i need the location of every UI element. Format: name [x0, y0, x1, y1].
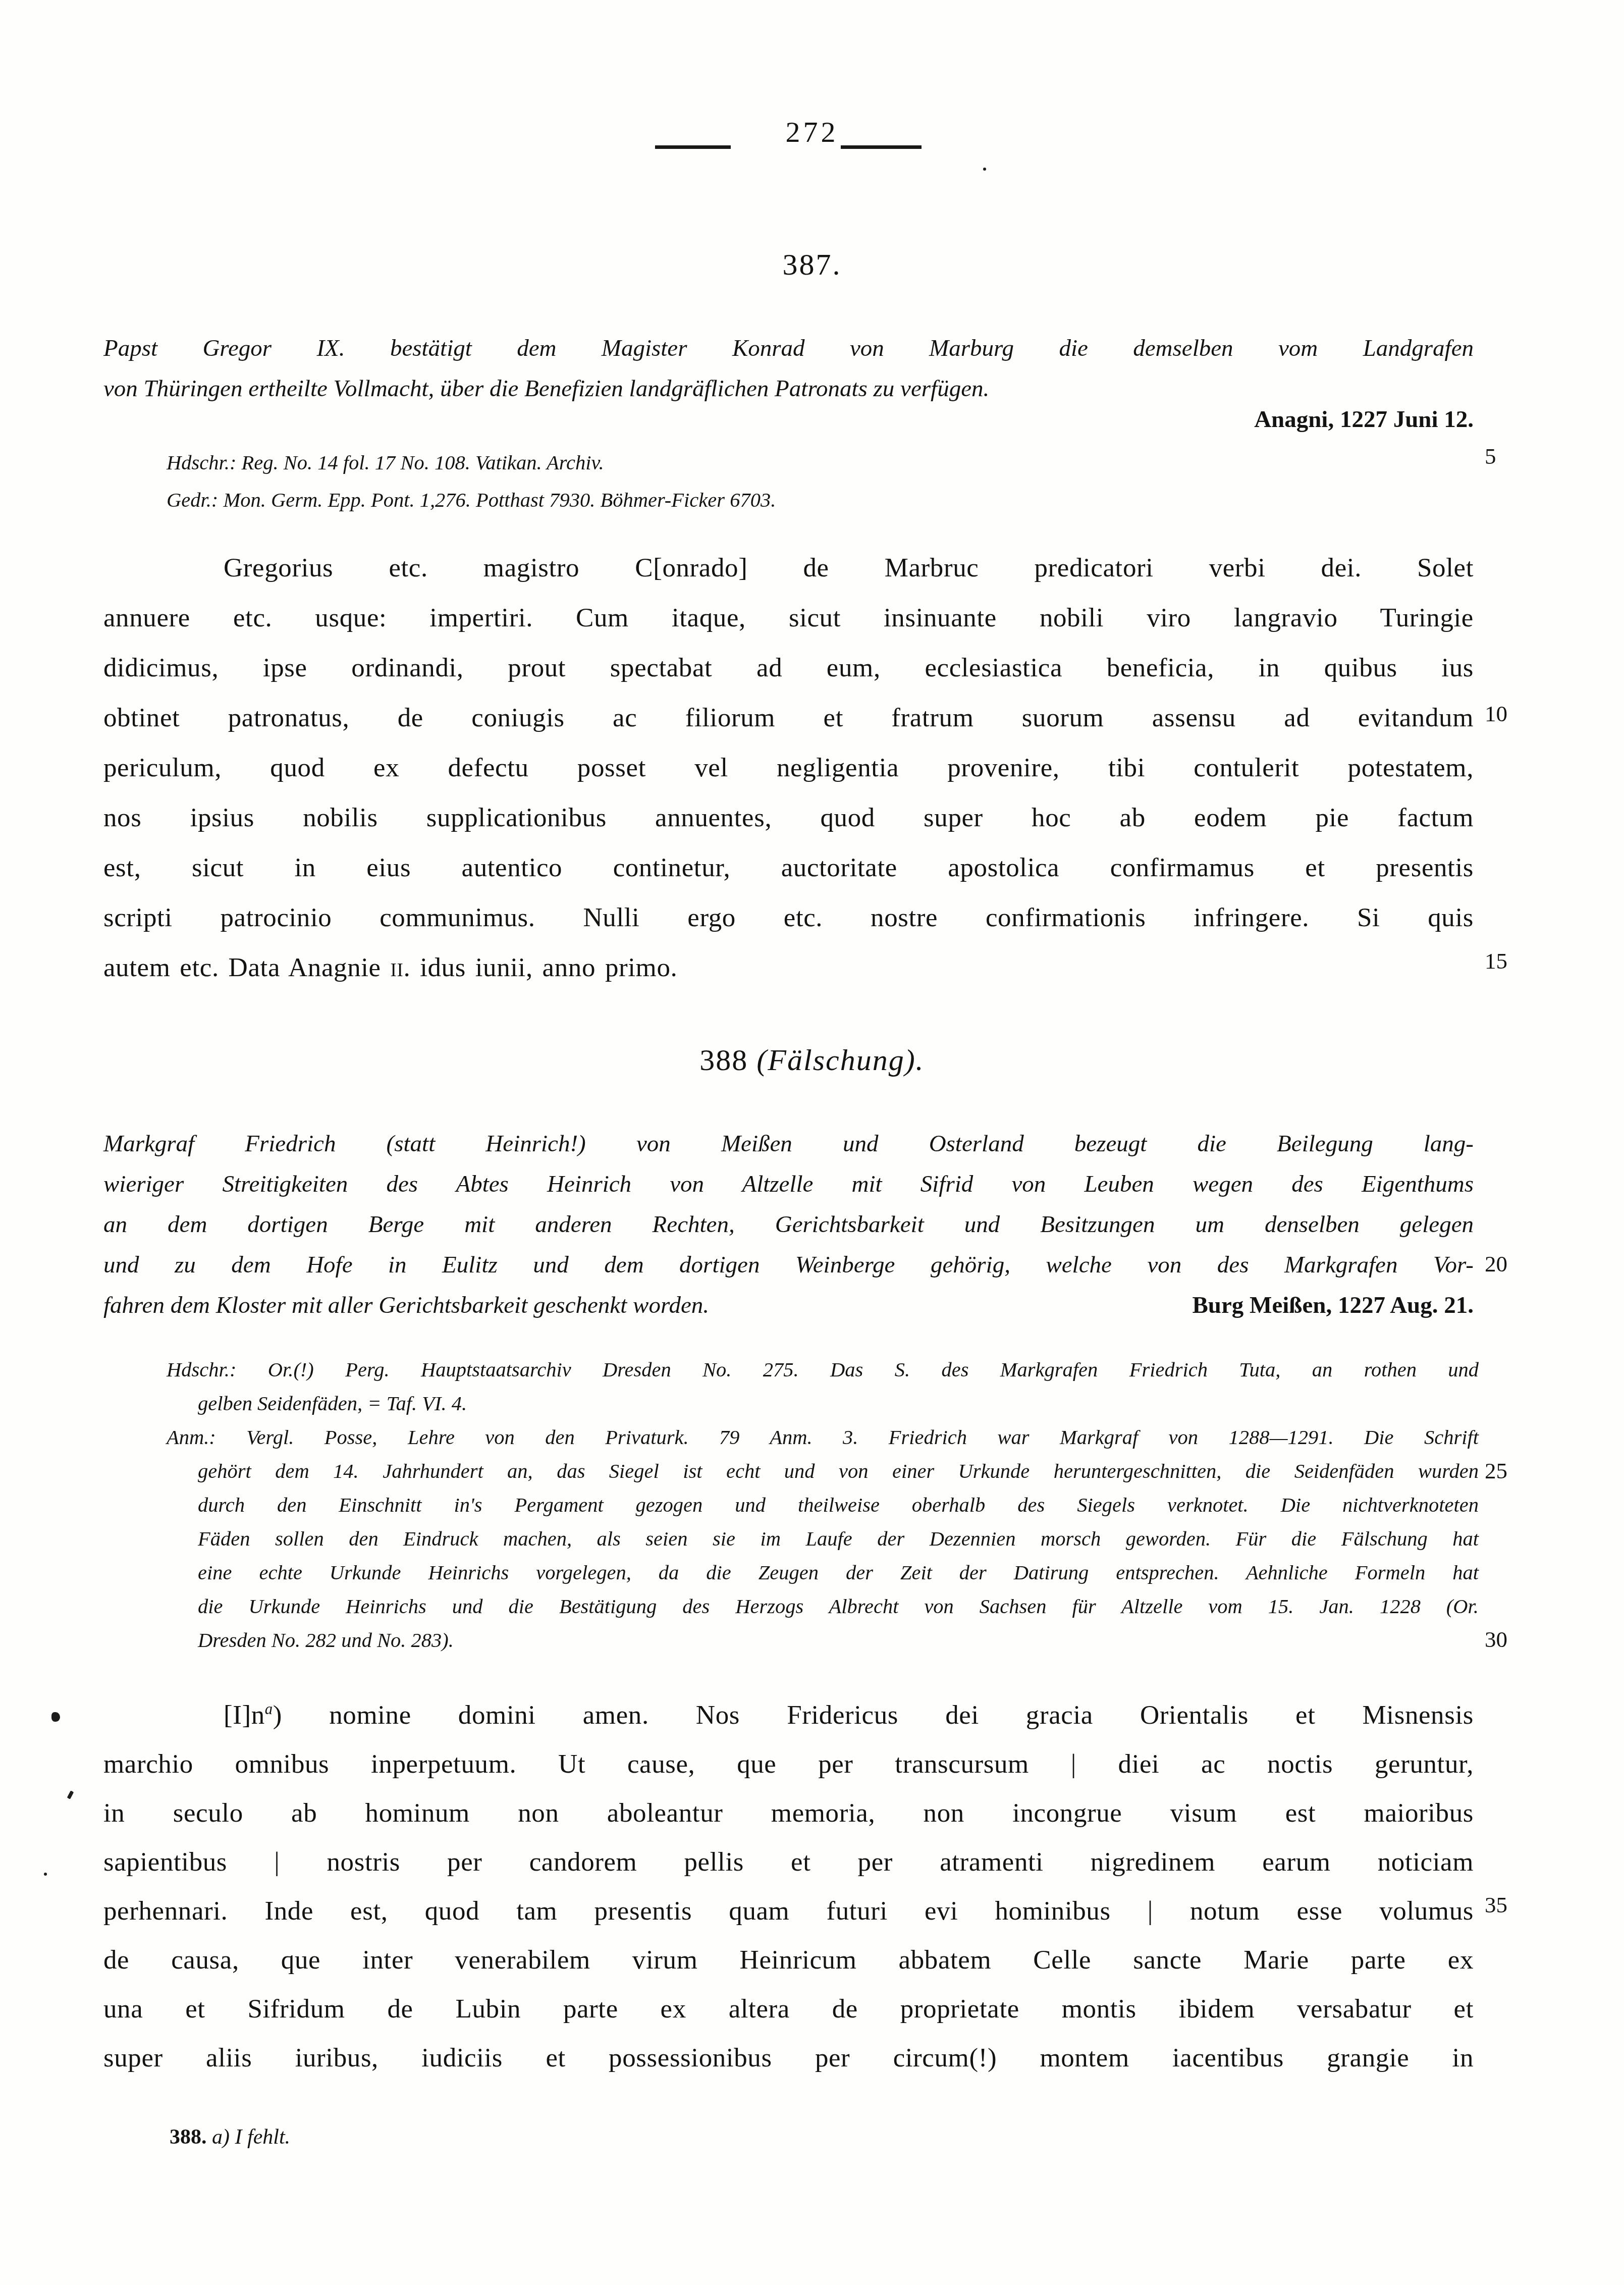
doc-387-body-line: annuere etc. usque: impertiri. Cum itaqu…	[103, 593, 1474, 643]
doc-388-headnote-line: fahren dem Kloster mit aller Gerichtsbar…	[103, 1285, 709, 1325]
doc-388-body-line: de causa, que inter venerabilem virum He…	[103, 1936, 1474, 1985]
doc-388-body-line: in seculo ab hominum non aboleantur memo…	[103, 1789, 1474, 1838]
doc-388-headnote-line: an dem dortigen Berge mit anderen Rechte…	[103, 1204, 1474, 1245]
scan-artifact	[44, 1873, 47, 1876]
doc-387-datum-post: . idus iunii, anno primo.	[403, 953, 677, 982]
doc-388-source-hdschr: Hdschr.: Or.(!) Perg. Hauptstaatsarchiv …	[167, 1353, 1479, 1387]
footnote: 388. a) I fehlt.	[170, 2125, 290, 2149]
doc-388-headnote: Markgraf Friedrich (statt Heinrich!) von…	[103, 1124, 1474, 1325]
footnote-marker-a: a	[265, 1701, 273, 1718]
doc-388-heading: 388 (Fälschung).	[0, 1043, 1624, 1078]
doc-388-anm-line: Dresden No. 282 und No. 283).	[167, 1623, 1479, 1657]
doc-388-heading-label: (Fälschung).	[756, 1043, 924, 1077]
doc-387-sources: Hdschr.: Reg. No. 14 fol. 17 No. 108. Va…	[167, 444, 1479, 519]
doc-388-invocatio-post: ) nomine domini amen. Nos Fridericus dei…	[273, 1701, 1474, 1730]
margin-line-number-15: 15	[1485, 948, 1540, 974]
doc-388-body: [I]na) nomine domini amen. Nos Fridericu…	[103, 1691, 1474, 2083]
doc-388-headnote-line: wieriger Streitigkeiten des Abtes Heinri…	[103, 1164, 1474, 1204]
doc-387-source-gedr: Gedr.: Mon. Germ. Epp. Pont. 1,276. Pott…	[167, 482, 1479, 519]
doc-388-anm-line: Anm.: Vergl. Posse, Lehre von den Privat…	[167, 1420, 1479, 1454]
doc-388-anm-line: eine echte Urkunde Heinrichs vorgelegen,…	[167, 1556, 1479, 1589]
margin-line-number-20: 20	[1485, 1251, 1540, 1277]
doc-387-datum-pre: autem etc. Data Anagnie	[103, 953, 391, 982]
doc-388-body-line: marchio omnibus inperpetuum. Ut cause, q…	[103, 1740, 1474, 1789]
doc-388-body-line: sapientibus | nostris per candorem pelli…	[103, 1838, 1474, 1887]
doc-387-body-line: est, sicut in eius autentico continetur,…	[103, 843, 1474, 893]
doc-388-body-line: una et Sifridum de Lubin parte ex altera…	[103, 1985, 1474, 2034]
doc-387-body-line: obtinet patronatus, de coniugis ac filio…	[103, 693, 1474, 743]
scan-artifact	[983, 168, 986, 171]
footnote-text: a) I fehlt.	[212, 2125, 290, 2149]
doc-387-source-hdschr: Hdschr.: Reg. No. 14 fol. 17 No. 108. Va…	[167, 444, 1479, 482]
margin-line-number-30: 30	[1485, 1626, 1540, 1653]
doc-387-headnote-line: Papst Gregor IX. bestätigt dem Magister …	[103, 328, 1474, 368]
page-number: 272	[0, 115, 1624, 149]
doc-387-body-line: Gregorius etc. magistro C[onrado] de Mar…	[103, 543, 1474, 593]
doc-388-sources: Hdschr.: Or.(!) Perg. Hauptstaatsarchiv …	[167, 1353, 1479, 1657]
doc-388-headnote-line: Markgraf Friedrich (statt Heinrich!) von…	[103, 1124, 1474, 1164]
doc-388-headnote-lastline: fahren dem Kloster mit aller Gerichtsbar…	[103, 1285, 1474, 1325]
doc-388-anm-line: gehört dem 14. Jahrhundert an, das Siege…	[167, 1454, 1479, 1488]
margin-line-number-5: 5	[1485, 443, 1540, 469]
book-page: 272 387. Papst Gregor IX. bestätigt dem …	[0, 0, 1624, 2285]
doc-387-body-line: autem etc. Data Anagnie ii. idus iunii, …	[103, 943, 1474, 993]
doc-388-anm-line: die Urkunde Heinrichs und die Bestätigun…	[167, 1589, 1479, 1623]
margin-line-number-35: 35	[1485, 1892, 1540, 1918]
doc-388-source-line: gelben Seidenfäden, = Taf. VI. 4.	[167, 1387, 1479, 1420]
margin-line-number-10: 10	[1485, 701, 1540, 727]
doc-387-headnote: Papst Gregor IX. bestätigt dem Magister …	[103, 328, 1474, 409]
roman-numeral: ii	[391, 953, 404, 982]
doc-388-heading-number: 388	[699, 1043, 748, 1077]
doc-387-dateline: Anagni, 1227 Juni 12.	[103, 406, 1474, 433]
doc-388-body-line: perhennari. Inde est, quod tam presentis…	[103, 1887, 1474, 1936]
doc-387-headnote-line: von Thüringen ertheilte Vollmacht, über …	[103, 368, 1474, 409]
doc-388-invocatio-pre: [I]n	[224, 1701, 265, 1730]
doc-388-headnote-line: und zu dem Hofe in Eulitz und dem dortig…	[103, 1245, 1474, 1285]
doc-387-body-line: periculum, quod ex defectu posset vel ne…	[103, 743, 1474, 793]
doc-388-body-line: [I]na) nomine domini amen. Nos Fridericu…	[103, 1691, 1474, 1740]
doc-387-heading: 387.	[0, 247, 1624, 282]
doc-388-anm-line: durch den Einschnitt in's Pergament gezo…	[167, 1488, 1479, 1522]
header-rule-right	[841, 145, 922, 149]
scan-artifact	[67, 1790, 74, 1799]
scan-artifact	[51, 1712, 60, 1722]
doc-387-body-line: nos ipsius nobilis supplicationibus annu…	[103, 793, 1474, 843]
doc-388-anm-line: Fäden sollen den Eindruck machen, als se…	[167, 1522, 1479, 1556]
doc-387-body-line: scripti patrocinio communimus. Nulli erg…	[103, 893, 1474, 943]
doc-387-body: Gregorius etc. magistro C[onrado] de Mar…	[103, 543, 1474, 993]
doc-387-body-line: didicimus, ipse ordinandi, prout spectab…	[103, 643, 1474, 693]
footnote-number: 388.	[170, 2125, 207, 2149]
doc-388-dateline: Burg Meißen, 1227 Aug. 21.	[1192, 1285, 1474, 1325]
doc-388-body-line: super aliis iuribus, iudiciis et possess…	[103, 2034, 1474, 2083]
margin-line-number-25: 25	[1485, 1458, 1540, 1484]
